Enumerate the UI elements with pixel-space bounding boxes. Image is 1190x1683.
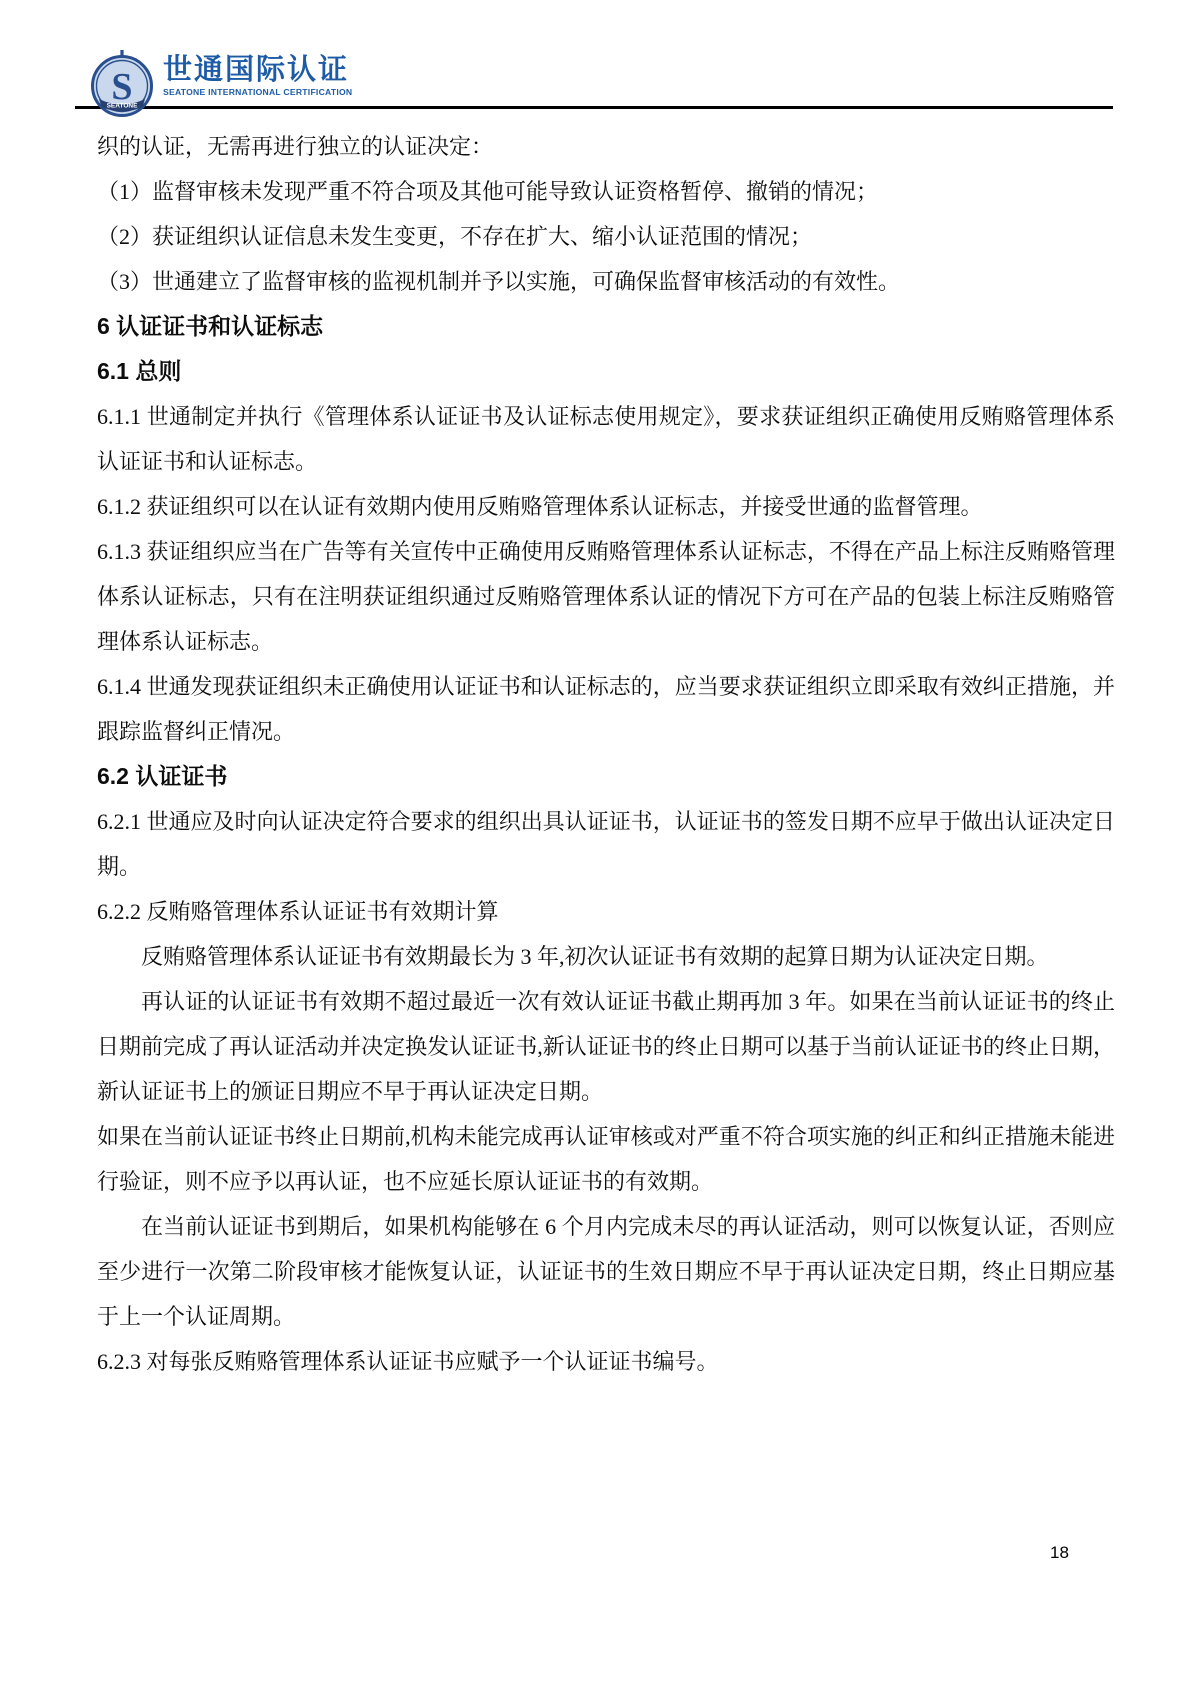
paragraph: 6.1.3 获证组织应当在广告等有关宣传中正确使用反贿赂管理体系认证标志，不得在… — [97, 529, 1115, 664]
paragraph: 如果在当前认证证书终止日期前,机构未能完成再认证审核或对严重不符合项实施的纠正和… — [97, 1114, 1115, 1204]
paragraph: 6.1.1 世通制定并执行《管理体系认证证书及认证标志使用规定》，要求获证组织正… — [97, 394, 1115, 484]
logo-subtitle: SEATONE INTERNATIONAL CERTIFICATION — [163, 86, 352, 98]
paragraph: 反贿赂管理体系认证证书有效期最长为 3 年,初次认证证书有效期的起算日期为认证决… — [97, 934, 1115, 979]
paragraph: 6.1.4 世通发现获证组织未正确使用认证证书和认证标志的，应当要求获证组织立即… — [97, 664, 1115, 754]
list-item: （3）世通建立了监督审核的监视机制并予以实施，可确保监督审核活动的有效性。 — [97, 259, 1115, 304]
document-body: 织的认证，无需再进行独立的认证决定： （1）监督审核未发现严重不符合项及其他可能… — [97, 124, 1115, 1384]
paragraph: 织的认证，无需再进行独立的认证决定： — [97, 124, 1115, 169]
section-heading: 6.1 总则 — [97, 349, 1115, 394]
list-item: （1）监督审核未发现严重不符合项及其他可能导致认证资格暂停、撤销的情况； — [97, 169, 1115, 214]
paragraph: 再认证的认证证书有效期不超过最近一次有效认证证书截止期再加 3 年。如果在当前认… — [97, 979, 1115, 1114]
paragraph: 6.2.1 世通应及时向认证决定符合要求的组织出具认证证书，认证证书的签发日期不… — [97, 799, 1115, 889]
page-number: 18 — [1050, 1543, 1069, 1563]
paragraph: 在当前认证证书到期后，如果机构能够在 6 个月内完成未尽的再认证活动，则可以恢复… — [97, 1204, 1115, 1339]
document-page: S SEATONE 世通国际认证 SEATONE INTERNATIONAL C… — [0, 0, 1190, 1683]
section-heading: 6.2 认证证书 — [97, 754, 1115, 799]
paragraph: 6.2.3 对每张反贿赂管理体系认证证书应赋予一个认证证书编号。 — [97, 1339, 1115, 1384]
paragraph: 6.2.2 反贿赂管理体系认证证书有效期计算 — [97, 889, 1115, 934]
seatone-badge-icon: S SEATONE — [90, 50, 154, 118]
logo-title: 世通国际认证 — [163, 54, 352, 86]
seatone-logo: S SEATONE 世通国际认证 SEATONE INTERNATIONAL C… — [90, 50, 352, 118]
list-item: （2）获证组织认证信息未发生变更，不存在扩大、缩小认证范围的情况； — [97, 214, 1115, 259]
paragraph: 6.1.2 获证组织可以在认证有效期内使用反贿赂管理体系认证标志，并接受世通的监… — [97, 484, 1115, 529]
badge-text: SEATONE — [107, 103, 138, 110]
logo-text-block: 世通国际认证 SEATONE INTERNATIONAL CERTIFICATI… — [163, 50, 352, 98]
section-heading: 6 认证证书和认证标志 — [97, 304, 1115, 349]
